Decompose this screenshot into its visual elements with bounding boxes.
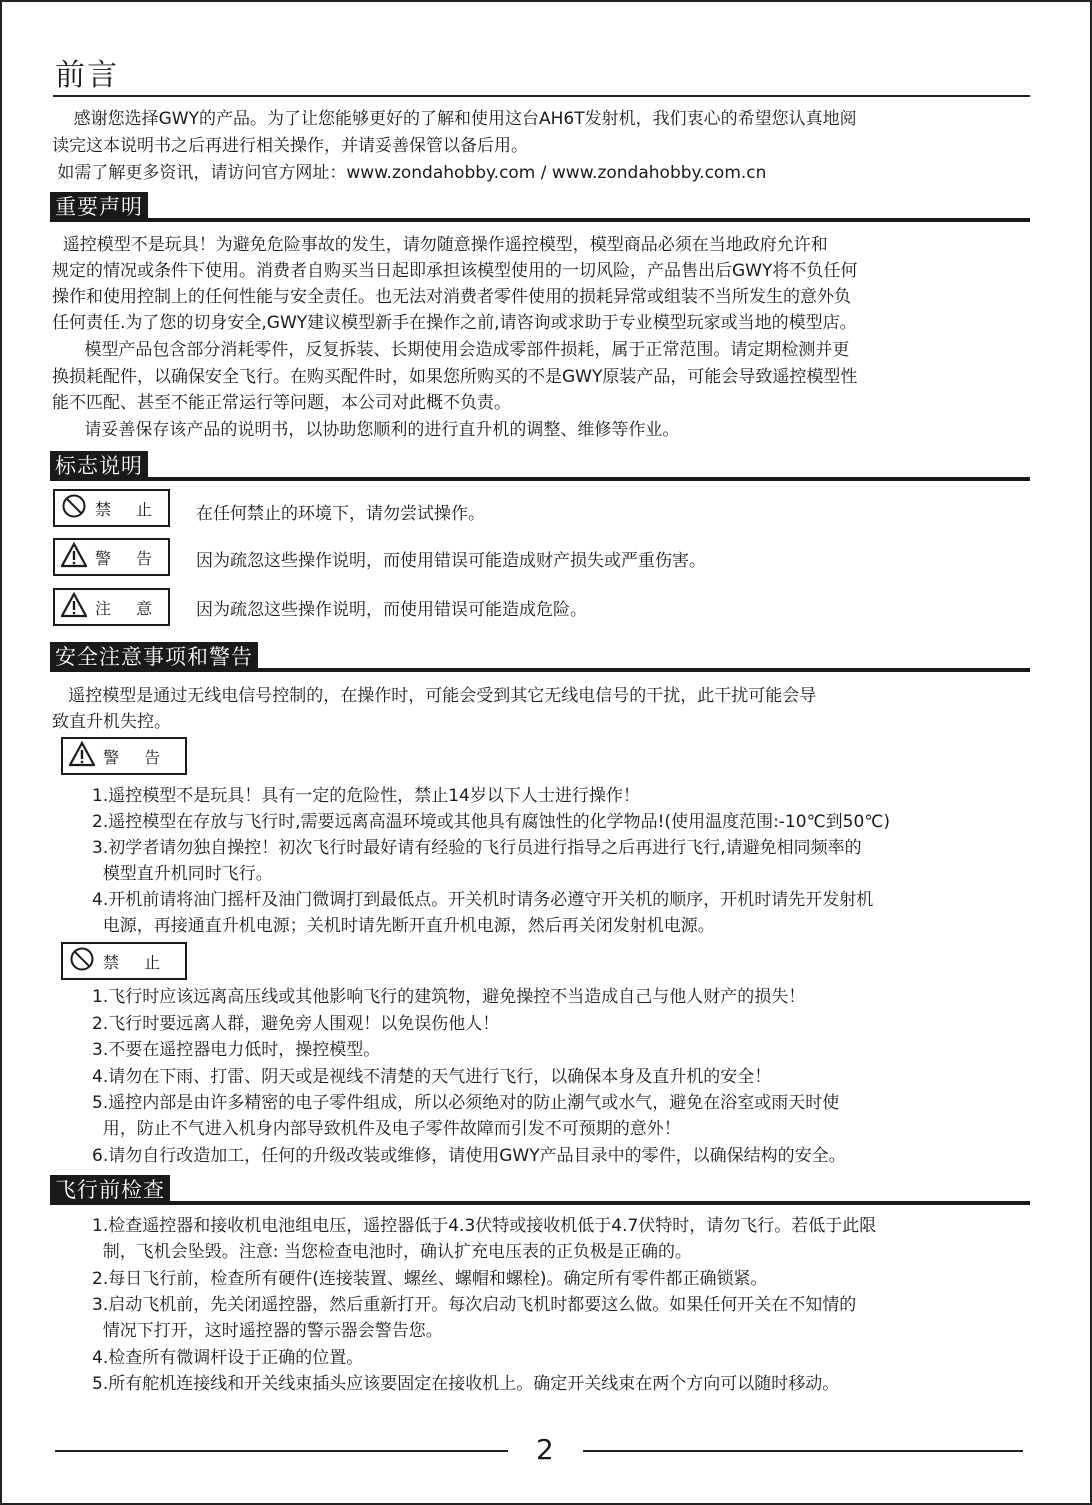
sign-caution: 注 意	[53, 588, 170, 626]
section-rule	[50, 1201, 1030, 1205]
sign-label: 警 告	[95, 546, 162, 569]
section-heading: 标志说明	[50, 451, 148, 481]
warning-icon	[61, 542, 87, 572]
sign-description: 因为疏忽这些操作说明，而使用错误可能造成财产损失或严重伤害。	[196, 548, 706, 574]
warning-icon	[69, 741, 95, 771]
warning-item: 2.遥控模型在存放与飞行时,需要远离高温环境或其他具有腐蚀性的化学物品!(使用温…	[92, 809, 1052, 835]
sign-warning: 警 告	[53, 538, 170, 576]
preflight-item: 1.检查遥控器和接收机电池组电压，遥控器低于4.3伏特或接收机低于4.7伏特时，…	[92, 1213, 1052, 1239]
sign-description: 因为疏忽这些操作说明，而使用错误可能造成危险。	[196, 597, 587, 623]
section-header-important: 重要声明	[50, 192, 1030, 222]
sign-prohibited: 禁 止	[53, 489, 170, 527]
section-heading: 重要声明	[50, 192, 148, 222]
prohibition-item: 6.请勿自行改造加工，任何的升级改装或维修，请使用GWY产品目录中的零件，以确保…	[92, 1143, 1052, 1169]
safety-intro-line: 致直升机失控。	[52, 709, 1042, 735]
warning-badge: 警 告	[61, 737, 187, 775]
section-rule	[50, 477, 1030, 481]
preflight-item: 制，飞机会坠毁。注意: 当您检查电池时，确认扩充电压表的正负极是正确的。	[92, 1239, 1052, 1265]
warning-item: 电源，再接通直升机电源；关机时请先断开直升机电源，然后再关闭发射机电源。	[92, 913, 1052, 939]
preflight-item: 3.启动飞机前，先关闭遥控器，然后重新打开。每次启动飞机时都要这么做。如果任何开…	[92, 1292, 1052, 1318]
important-line: 操作和使用控制上的任何性能与安全责任。也无法对消费者零件使用的损耗异常或组装不当…	[52, 284, 1042, 310]
prohibition-item: 1.飞行时应该远离高压线或其他影响飞行的建筑物，避免操控不当造成自己与他人财产的…	[92, 984, 1052, 1010]
prohibition-item: 用，防止不气进入机身内部导致机件及电子零件故障而引发不可预期的意外！	[92, 1116, 1052, 1142]
warning-item: 1.遥控模型不是玩具！具有一定的危险性，禁止14岁以下人士进行操作！	[92, 783, 1052, 809]
preface-url-line: 如需了解更多资讯，请访问官方网址：www.zondahobby.com / ww…	[52, 160, 1042, 186]
important-line: 换损耗配件，以确保安全飞行。在购买配件时，如果您所购买的不是GWY原装产品，可能…	[52, 364, 1042, 390]
prohibition-item: 2.飞行时要远离人群，避免旁人围观！以免误伤他人！	[92, 1011, 1052, 1037]
sign-label: 注 意	[95, 596, 162, 619]
section-header-signs: 标志说明	[50, 451, 1030, 481]
important-line: 能不匹配、甚至不能正常运行等问题，本公司对此概不负责。	[52, 390, 1042, 416]
preface-line: 感谢您选择GWY的产品。为了让您能够更好的了解和使用这台AH6T发射机，我们衷心…	[52, 106, 1042, 132]
footer-rule-right	[583, 1450, 1023, 1452]
important-line: 请妥善保存该产品的说明书，以协助您顺利的进行直升机的调整、维修等作业。	[52, 417, 1042, 443]
preflight-item: 5.所有舵机连接线和开关线束插头应该要固定在接收机上。确定开关线束在两个方向可以…	[92, 1371, 1052, 1397]
page-number: 2	[536, 1433, 554, 1466]
prohibition-item: 3.不要在遥控器电力低时，操控模型。	[92, 1037, 1052, 1063]
warning-item: 模型直升机同时飞行。	[92, 861, 1052, 887]
important-line: 规定的情况或条件下使用。消费者自购买当日起即承担该模型使用的一切风险，产品售出后…	[52, 258, 1042, 284]
preflight-item: 2.每日飞行前，检查所有硬件(连接装置、螺丝、螺帽和螺栓)。确定所有零件都正确锁…	[92, 1266, 1052, 1292]
footer-rule-left	[55, 1450, 508, 1452]
important-line: 模型产品包含部分消耗零件，反复拆装、长期使用会造成零部件损耗，属于正常范围。请定…	[52, 337, 1042, 363]
section-heading: 安全注意事项和警告	[50, 642, 258, 672]
warning-item: 4.开机前请将油门摇杆及油门微调打到最低点。开关机时请务必遵守开关机的顺序，开机…	[92, 887, 1052, 913]
sign-label: 禁 止	[95, 497, 162, 520]
section-header-preflight: 飞行前检查	[50, 1175, 1030, 1205]
page-title: 前言	[55, 50, 119, 94]
preflight-item: 情况下打开，这时遥控器的警示器会警告您。	[92, 1318, 1052, 1344]
title-divider	[53, 95, 1030, 97]
sign-label: 禁 止	[103, 950, 170, 973]
prohibition-item: 4.请勿在下雨、打雷、阴天或是视线不清楚的天气进行飞行，以确保本身及直升机的安全…	[92, 1064, 1052, 1090]
prohibited-icon	[61, 493, 87, 523]
sign-label: 警 告	[103, 745, 170, 768]
section-heading: 飞行前检查	[50, 1175, 170, 1205]
sign-description: 在任何禁止的环境下，请勿尝试操作。	[196, 501, 485, 527]
safety-intro-line: 遥控模型是通过无线电信号控制的，在操作时，可能会受到其它无线电信号的干扰，此干扰…	[52, 683, 1042, 709]
section-rule	[50, 218, 1030, 222]
preflight-item: 4.检查所有微调杆设于正确的位置。	[92, 1345, 1052, 1371]
prohibition-item: 5.遥控内部是由许多精密的电子零件组成，所以必须绝对的防止潮气或水气，避免在浴室…	[92, 1090, 1052, 1116]
caution-icon	[61, 592, 87, 622]
section-header-safety: 安全注意事项和警告	[50, 642, 1030, 672]
preface-line: 读完这本说明书之后再进行相关操作，并请妥善保管以备后用。	[52, 133, 1042, 159]
important-line: 遥控模型不是玩具！为避免危险事故的发生，请勿随意操作遥控模型，模型商品必须在当地…	[52, 232, 1042, 258]
prohibited-badge: 禁 止	[61, 942, 187, 980]
important-line: 任何责任.为了您的切身安全,GWY建议模型新手在操作之前,请咨询或求助于专业模型…	[52, 310, 1042, 336]
warning-item: 3.初学者请勿独自操控！初次飞行时最好请有经验的飞行员进行指导之后再进行飞行,请…	[92, 835, 1052, 861]
prohibited-icon	[69, 946, 95, 976]
